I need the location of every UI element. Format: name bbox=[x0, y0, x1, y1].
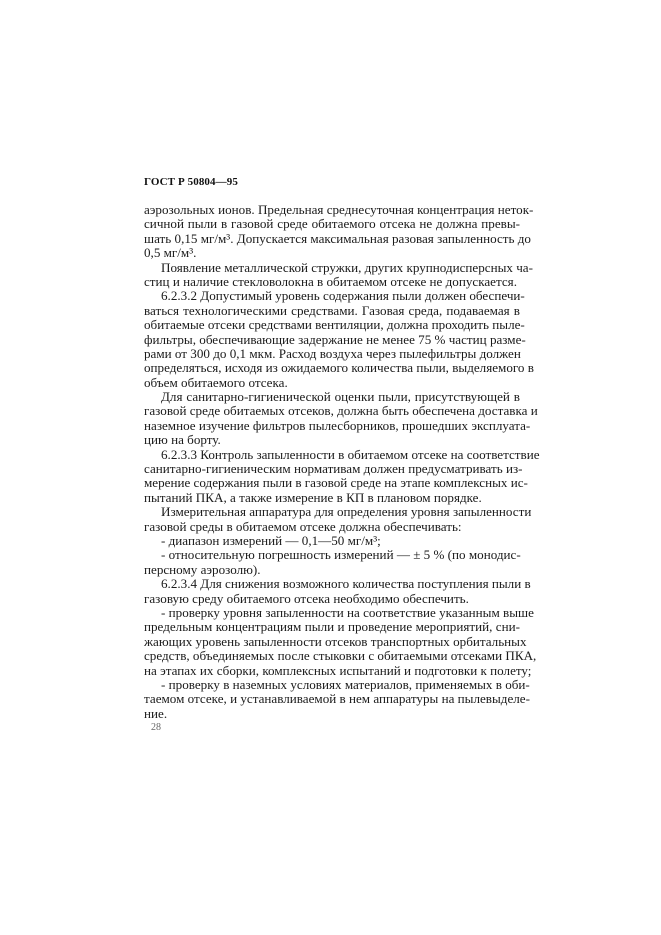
text-line: Для санитарно-гигиенической оценки пыли,… bbox=[144, 390, 520, 404]
text-line: таемом отсеке, и устанавливаемой в нем а… bbox=[144, 692, 520, 706]
text-line: газовой среде обитаемых отсеков, должна … bbox=[144, 404, 520, 418]
text-line: - проверку в наземных условиях материало… bbox=[144, 678, 520, 692]
text-line: шать 0,15 мг/м³. Допускается максимальна… bbox=[144, 232, 520, 246]
text-line: 0,5 мг/м³. bbox=[144, 246, 520, 260]
text-line: 6.2.3.3 Контроль запыленности в обитаемо… bbox=[144, 448, 520, 462]
document-body: аэрозольных ионов. Предельная среднесуто… bbox=[144, 203, 520, 721]
text-line: газовой среды в обитаемом отсеке должна … bbox=[144, 520, 520, 534]
text-line: средств, объединяемых после стыковки с о… bbox=[144, 649, 520, 663]
text-line: санитарно-гигиеническим нормативам долже… bbox=[144, 462, 520, 476]
text-line: жающих уровень запыленности отсеков тран… bbox=[144, 635, 520, 649]
text-line: обитаемые отсеки средствами вентиляции, … bbox=[144, 318, 520, 332]
text-line: рами от 300 до 0,1 мкм. Расход воздуха ч… bbox=[144, 347, 520, 361]
text-line: фильтры, обеспечивающие задержание не ме… bbox=[144, 333, 520, 347]
text-line: цию на борту. bbox=[144, 433, 520, 447]
text-line: Появление металлической стружки, других … bbox=[144, 261, 520, 275]
page-number: 28 bbox=[151, 722, 161, 733]
text-line: ние. bbox=[144, 707, 520, 721]
text-line: пытаний ПКА, а также измерение в КП в пл… bbox=[144, 491, 520, 505]
text-line: аэрозольных ионов. Предельная среднесуто… bbox=[144, 203, 520, 217]
text-line: объем обитаемого отсека. bbox=[144, 376, 520, 390]
text-line: стиц и наличие стекловолокна в обитаемом… bbox=[144, 275, 520, 289]
document-page: ГОСТ Р 50804—95 аэрозольных ионов. Преде… bbox=[0, 0, 661, 935]
text-line: персному аэрозолю). bbox=[144, 563, 520, 577]
text-line: наземное изучение фильтров пылесборников… bbox=[144, 419, 520, 433]
text-line: 6.2.3.2 Допустимый уровень содержания пы… bbox=[144, 289, 520, 303]
text-line: 6.2.3.4 Для снижения возможного количест… bbox=[144, 577, 520, 591]
text-line: - проверку уровня запыленности на соотве… bbox=[144, 606, 520, 620]
text-line: Измерительная аппаратура для определения… bbox=[144, 505, 520, 519]
text-line: ваться технологическими средствами. Газо… bbox=[144, 304, 520, 318]
text-line: мерение содержания пыли в газовой среде … bbox=[144, 476, 520, 490]
text-line: - диапазон измерений — 0,1—50 мг/м³; bbox=[144, 534, 520, 548]
text-line: - относительную погрешность измерений — … bbox=[144, 548, 520, 562]
document-header: ГОСТ Р 50804—95 bbox=[144, 176, 238, 188]
text-line: сичной пыли в газовой среде обитаемого о… bbox=[144, 217, 520, 231]
text-line: на этапах их сборки, комплексных испытан… bbox=[144, 664, 520, 678]
text-line: предельным концентрациям пыли и проведен… bbox=[144, 620, 520, 634]
text-line: газовую среду обитаемого отсека необходи… bbox=[144, 592, 520, 606]
text-line: определяться, исходя из ожидаемого колич… bbox=[144, 361, 520, 375]
